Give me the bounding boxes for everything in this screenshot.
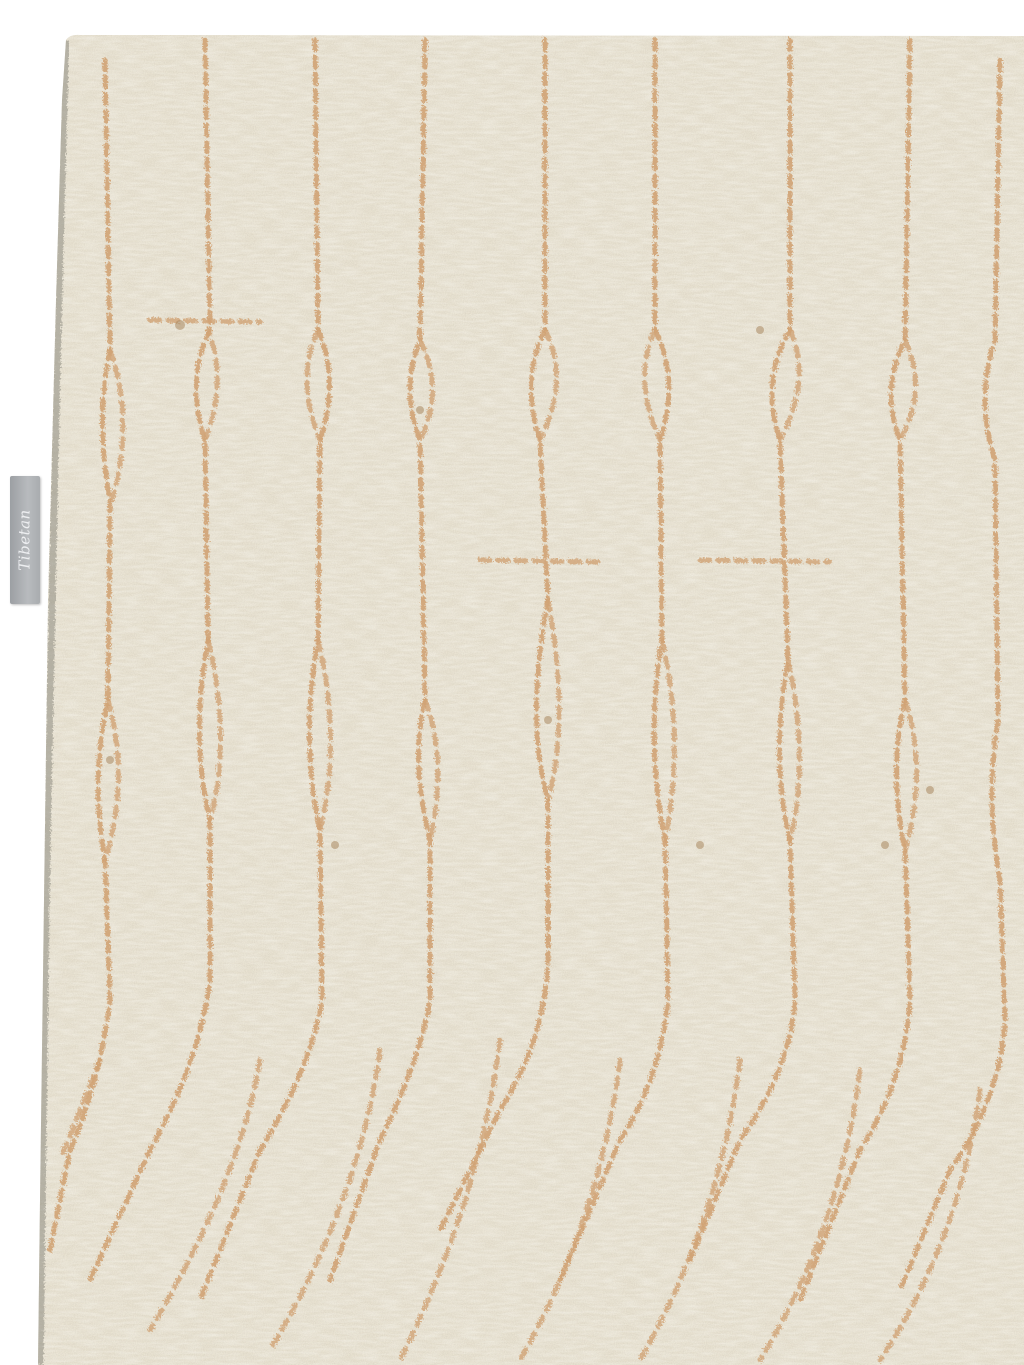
rug-image <box>0 0 1024 1365</box>
brand-label-text: Tibetan <box>10 476 40 604</box>
brand-label-tag: Tibetan <box>10 476 40 604</box>
product-photo: Tibetan <box>0 0 1024 1365</box>
label-text: Tibetan <box>16 509 34 570</box>
